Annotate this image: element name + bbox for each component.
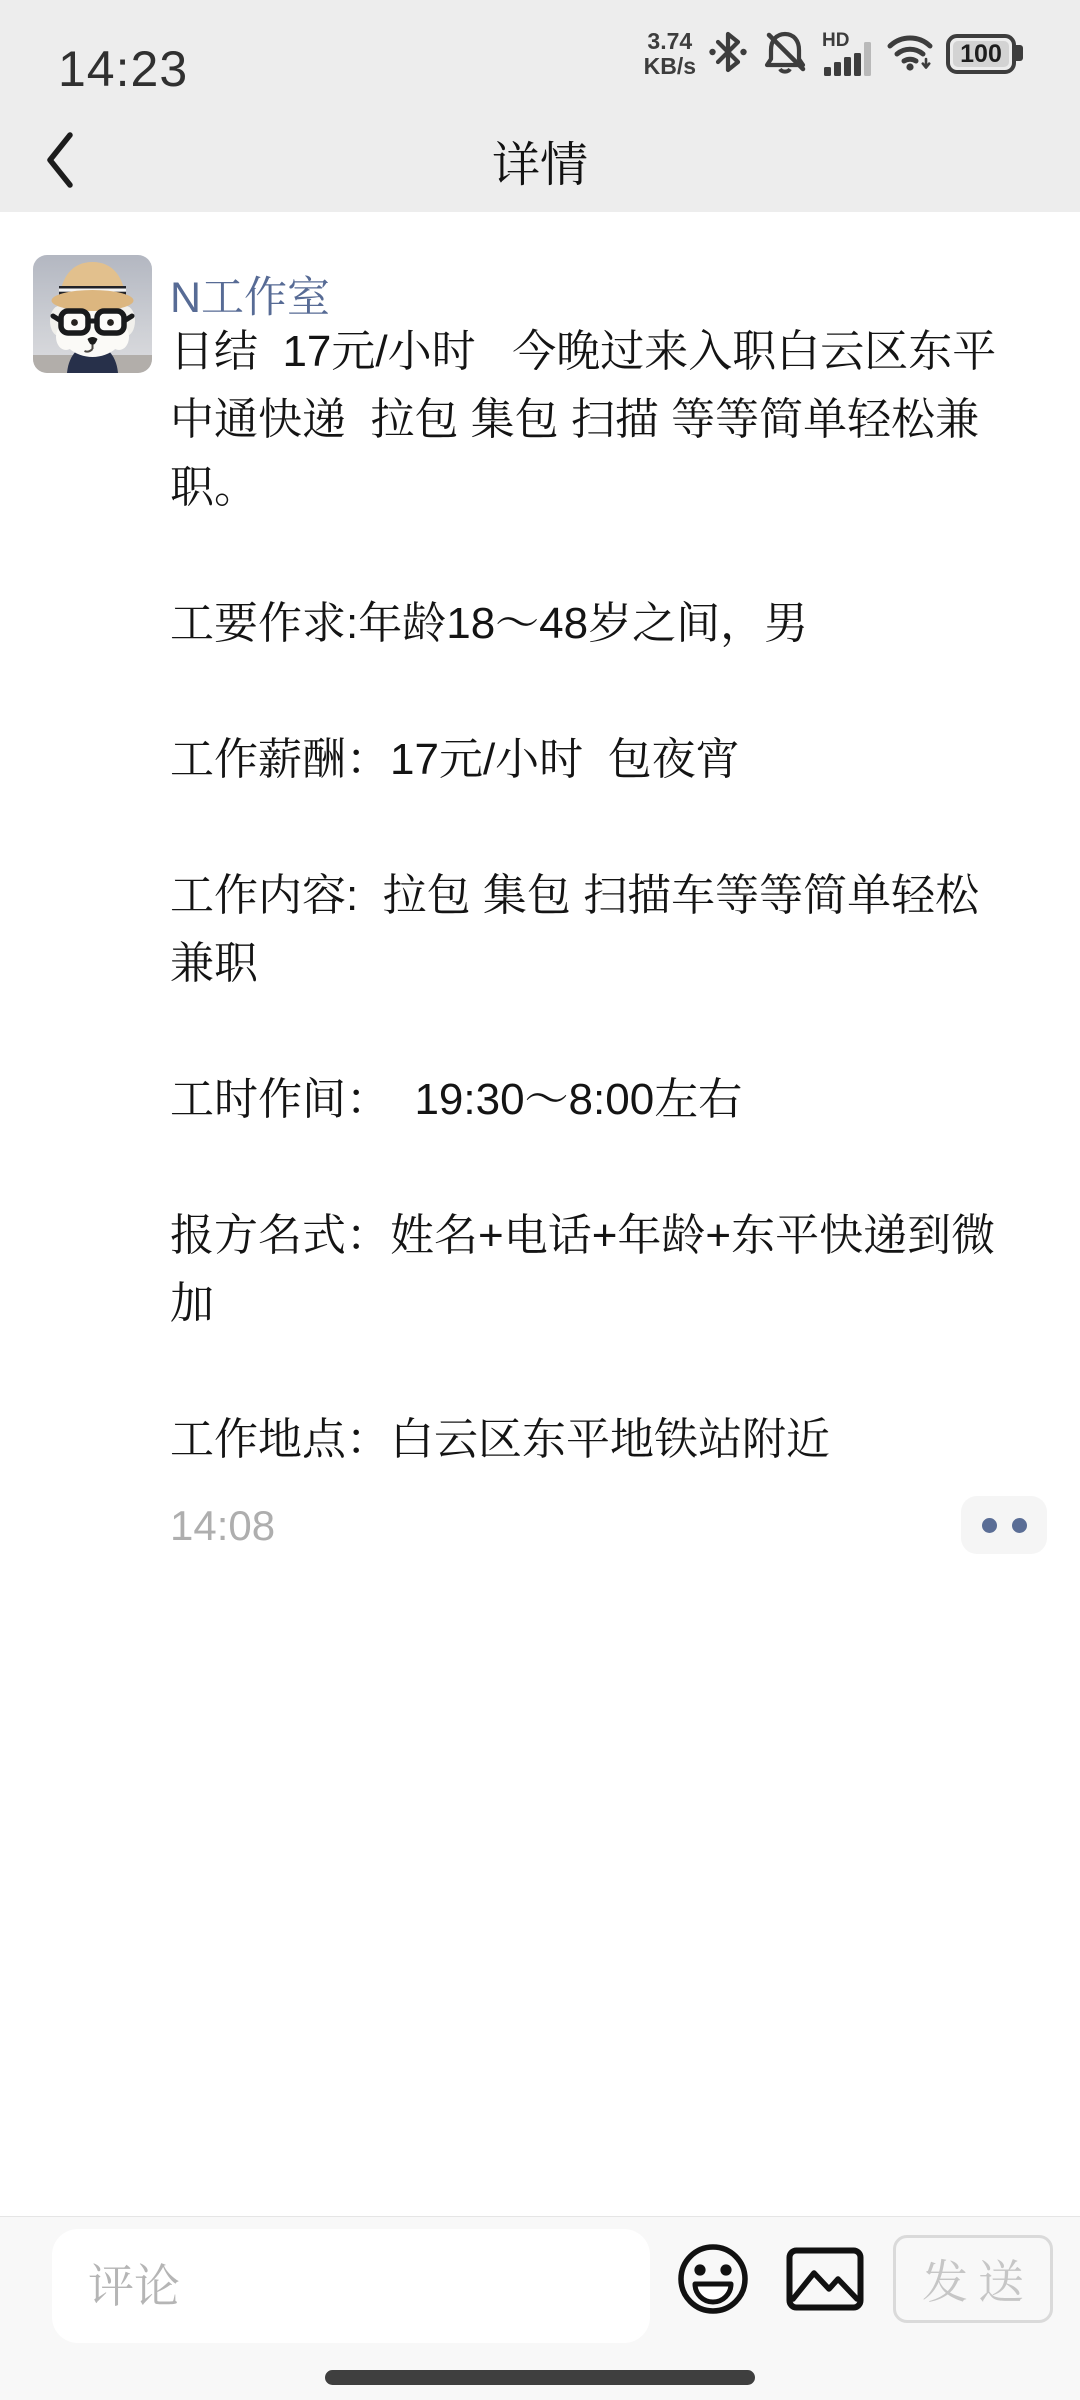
comment-input[interactable] [52, 2229, 650, 2343]
page-title: 详情 [0, 108, 1080, 212]
network-speed-unit: KB/s [644, 54, 696, 79]
more-options-button[interactable] [961, 1496, 1047, 1554]
battery-icon: 100 [946, 34, 1016, 74]
wifi-icon [886, 31, 934, 78]
author-name[interactable]: N工作室 [170, 264, 330, 325]
avatar[interactable] [33, 255, 152, 373]
status-icons: 3.74 KB/s [644, 0, 1016, 108]
notifications-muted-icon [760, 29, 810, 80]
network-speed-value: 3.74 [647, 29, 692, 54]
signal-bars-icon [824, 42, 871, 76]
header: 14:23 3.74 KB/s [0, 0, 1080, 212]
photo-icon [786, 2247, 864, 2311]
battery-tip [1016, 45, 1023, 61]
wechat-detail-screen: 14:23 3.74 KB/s [0, 0, 1080, 2400]
cellular-signal-icon: HD [822, 32, 874, 76]
emoji-smiley-icon [675, 2241, 751, 2317]
bluetooth-icon [708, 29, 748, 80]
home-indicator[interactable] [325, 2370, 755, 2385]
send-button[interactable]: 发送 [893, 2235, 1053, 2323]
post-message: 日结 17元/小时 今晚过来入职白云区东平 中通快递 拉包 集包 扫描 等等简单… [170, 318, 1070, 1474]
network-speed: 3.74 KB/s [644, 29, 696, 79]
nav-bar: 详情 [0, 108, 1080, 212]
emoji-button[interactable] [675, 2241, 751, 2317]
clock: 14:23 [58, 40, 188, 98]
status-bar: 14:23 3.74 KB/s [0, 0, 1080, 108]
battery-percent: 100 [960, 40, 1002, 69]
post-timestamp: 14:08 [170, 1502, 275, 1550]
dot-icon [982, 1518, 997, 1533]
dot-icon [1012, 1518, 1027, 1533]
photo-button[interactable] [786, 2247, 864, 2311]
